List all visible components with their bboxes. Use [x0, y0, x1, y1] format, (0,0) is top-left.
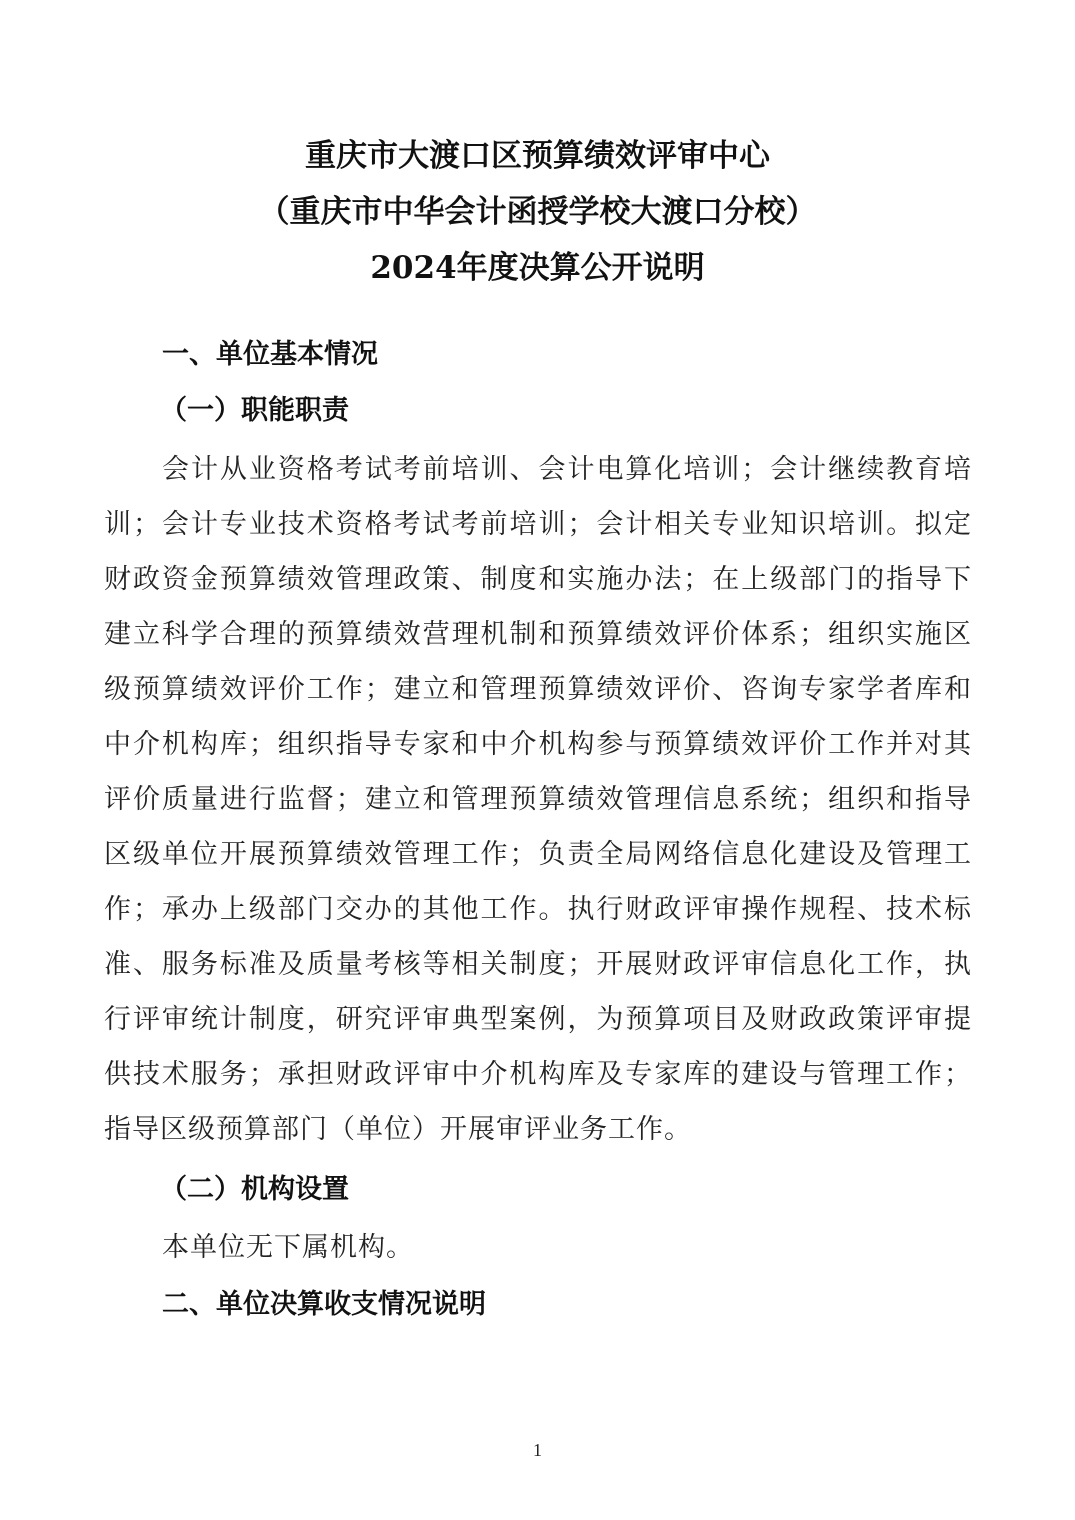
title-line-2: （重庆市中华会计函授学校大渡口分校） — [0, 184, 1075, 240]
page-number: 1 — [0, 1440, 1075, 1461]
paragraph-line: 指导区级预算部门（单位）开展审评业务工作。 — [104, 1110, 972, 1150]
paragraph-line: 评价质量进行监督；建立和管理预算绩效管理信息系统；组织和指导 — [104, 780, 972, 820]
paragraph-line: 准、服务标准及质量考核等相关制度；开展财政评审信息化工作，执 — [104, 945, 972, 985]
document-page: 重庆市大渡口区预算绩效评审中心 （重庆市中华会计函授学校大渡口分校） 2024年… — [0, 0, 1075, 1520]
organization-text: 本单位无下属机构。 — [162, 1228, 972, 1268]
title-line-3: 2024年度决算公开说明 — [0, 240, 1075, 296]
document-title: 重庆市大渡口区预算绩效评审中心 （重庆市中华会计函授学校大渡口分校） 2024年… — [0, 128, 1075, 296]
paragraph-line: 作；承办上级部门交办的其他工作。执行财政评审操作规程、技术标 — [104, 890, 972, 930]
subsection-heading-organization: （二）机构设置 — [160, 1170, 349, 1210]
paragraph-line: 财政资金预算绩效管理政策、制度和实施办法；在上级部门的指导下 — [104, 560, 972, 600]
paragraph-line: 供技术服务；承担财政评审中介机构库及专家库的建设与管理工作； — [104, 1055, 972, 1095]
paragraph-line: 中介机构库；组织指导专家和中介机构参与预算绩效评价工作并对其 — [104, 725, 972, 765]
title-line-1: 重庆市大渡口区预算绩效评审中心 — [0, 128, 1075, 184]
subsection-heading-functions: （一）职能职责 — [160, 391, 349, 431]
paragraph-line: 级预算绩效评价工作；建立和管理预算绩效评价、咨询专家学者库和 — [104, 670, 972, 710]
paragraph-line: 行评审统计制度，研究评审典型案例，为预算项目及财政政策评审提 — [104, 1000, 972, 1040]
paragraph-line: 区级单位开展预算绩效管理工作；负责全局网络信息化建设及管理工 — [104, 835, 972, 875]
section-heading-budget: 二、单位决算收支情况说明 — [162, 1285, 486, 1325]
paragraph-line: 建立科学合理的预算绩效营理机制和预算绩效评价体系；组织实施区 — [104, 615, 972, 655]
section-heading-basic-info: 一、单位基本情况 — [162, 335, 378, 375]
paragraph-line: 训；会计专业技术资格考试考前培训；会计相关专业知识培训。拟定 — [104, 505, 972, 545]
paragraph-line: 会计从业资格考试考前培训、会计电算化培训；会计继续教育培 — [162, 450, 972, 490]
